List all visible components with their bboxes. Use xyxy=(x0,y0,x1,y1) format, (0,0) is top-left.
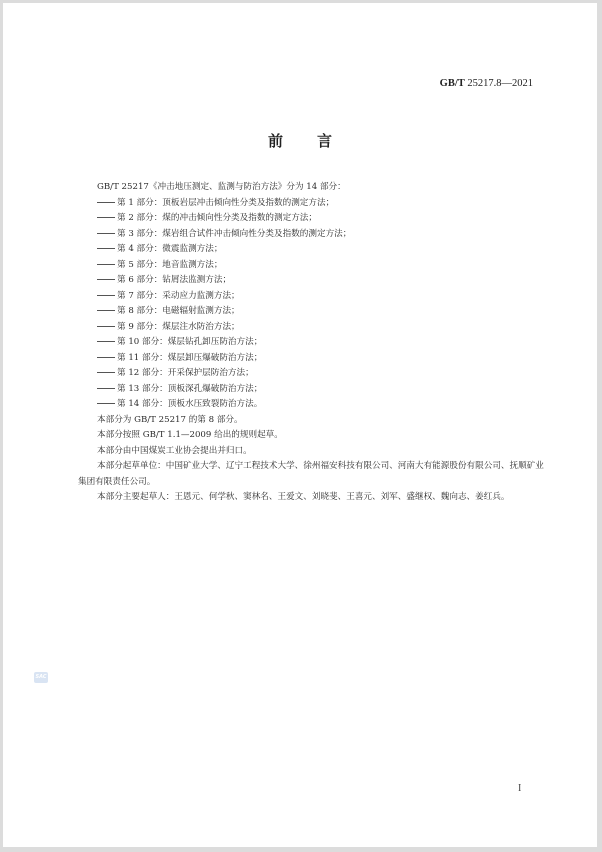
part-item: 第 9 部分：煤层注水防治方法； xyxy=(78,320,548,336)
part-item: 第 5 部分：地音监测方法； xyxy=(78,258,548,274)
page-number: I xyxy=(518,783,521,794)
document-page: GB/T 25217.8—2021 前言 GB/T 25217《冲击地压测定、监… xyxy=(3,3,597,847)
dash-icon xyxy=(97,202,115,203)
part-item: 第 6 部分：钻屑法监测方法； xyxy=(78,273,548,289)
part-item: 第 8 部分：电磁辐射监测方法； xyxy=(78,304,548,320)
dash-icon xyxy=(97,326,115,327)
dash-icon xyxy=(97,388,115,389)
part-item: 第 4 部分：微震监测方法； xyxy=(78,242,548,258)
dash-icon xyxy=(97,217,115,218)
dash-icon xyxy=(97,248,115,249)
standard-number: GB/T 25217.8—2021 xyxy=(440,78,533,89)
foreword-body: GB/T 25217《冲击地压测定、监测与防治方法》分为 14 部分： 第 1 … xyxy=(78,180,548,506)
drafting-units-statement: 本部分起草单位：中国矿业大学、辽宁工程技术大学、徐州福安科技有限公司、河南大有能… xyxy=(78,459,548,490)
standard-number-value: 25217.8—2021 xyxy=(467,78,533,89)
proposed-by-statement: 本部分由中国煤炭工业协会提出并归口。 xyxy=(78,444,548,460)
dash-icon xyxy=(97,341,115,342)
dash-icon xyxy=(97,264,115,265)
dash-icon xyxy=(97,279,115,280)
part-of-statement: 本部分为 GB/T 25217 的第 8 部分。 xyxy=(78,413,548,429)
dash-icon xyxy=(97,403,115,404)
part-item: 第 2 部分：煤的冲击倾向性分类及指数的测定方法； xyxy=(78,211,548,227)
part-item: 第 7 部分：采动应力监测方法； xyxy=(78,289,548,305)
dash-icon xyxy=(97,233,115,234)
part-item: 第 11 部分：煤层卸压爆破防治方法； xyxy=(78,351,548,367)
page-title: 前言 xyxy=(3,130,597,151)
part-item: 第 14 部分：顶板水压致裂防治方法。 xyxy=(78,397,548,413)
standard-code: GB/T xyxy=(440,78,465,89)
dash-icon xyxy=(97,372,115,373)
dash-icon xyxy=(97,295,115,296)
sac-logo-icon: SAC xyxy=(34,672,48,683)
drafters-statement: 本部分主要起草人：王恩元、何学秋、窦林名、王爱文、刘晓斐、王喜元、刘军、盛继权、… xyxy=(78,490,548,506)
intro-line: GB/T 25217《冲击地压测定、监测与防治方法》分为 14 部分： xyxy=(78,180,548,196)
dash-icon xyxy=(97,310,115,311)
dash-icon xyxy=(97,357,115,358)
drafting-rules-statement: 本部分按照 GB/T 1.1—2009 给出的规则起草。 xyxy=(78,428,548,444)
part-item: 第 3 部分：煤岩组合试件冲击倾向性分类及指数的测定方法； xyxy=(78,227,548,243)
part-item: 第 12 部分：开采保护层防治方法； xyxy=(78,366,548,382)
part-item: 第 13 部分：顶板深孔爆破防治方法； xyxy=(78,382,548,398)
part-item: 第 10 部分：煤层钻孔卸压防治方法； xyxy=(78,335,548,351)
part-item: 第 1 部分：顶板岩层冲击倾向性分类及指数的测定方法； xyxy=(78,196,548,212)
